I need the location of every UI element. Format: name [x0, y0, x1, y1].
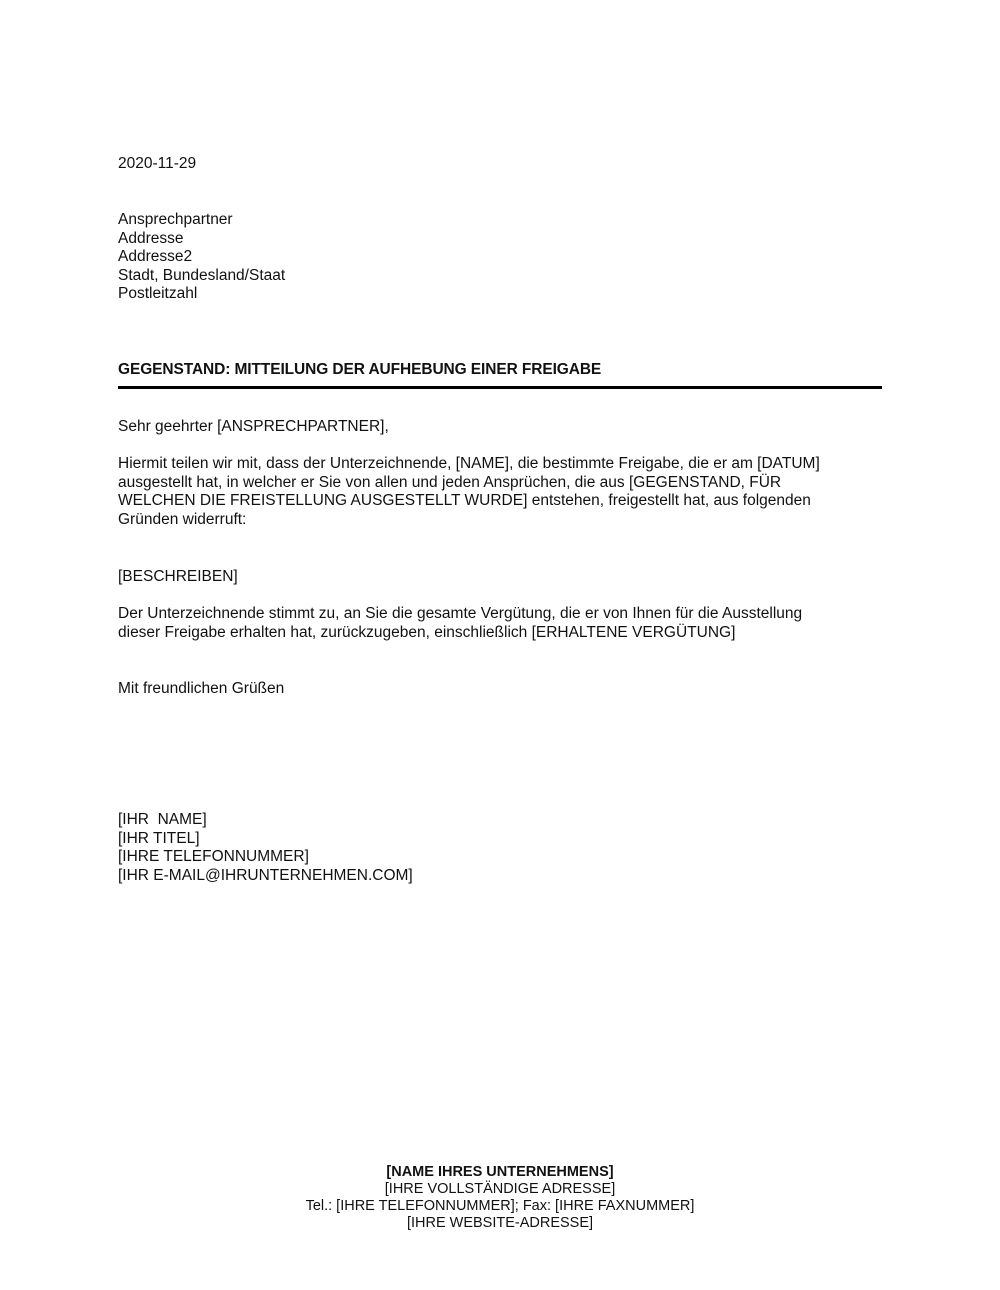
signer-title: [IHR TITEL] [118, 830, 413, 849]
recipient-contact: Ansprechpartner [118, 211, 285, 230]
letter-date: 2020-11-29 [118, 155, 196, 174]
recipient-city-state: Stadt, Bundesland/Staat [118, 267, 285, 286]
subject-divider [118, 386, 882, 389]
paragraph-line: Gründen widerruft: [118, 511, 820, 530]
signer-name: [IHR NAME] [118, 811, 413, 830]
document-page: 2020-11-29 Ansprechpartner Addresse Addr… [0, 0, 1000, 1290]
recipient-address-line1: Addresse [118, 230, 285, 249]
signature-block: [IHR NAME] [IHR TITEL] [IHRE TELEFONNUMM… [118, 811, 413, 885]
describe-placeholder: [BESCHREIBEN] [118, 568, 238, 587]
footer-phone-fax: Tel.: [IHRE TELEFONNUMMER]; Fax: [IHRE F… [0, 1198, 1000, 1215]
paragraph-line: Der Unterzeichnende stimmt zu, an Sie di… [118, 605, 802, 624]
signer-phone: [IHRE TELEFONNUMMER] [118, 848, 413, 867]
closing: Mit freundlichen Grüßen [118, 680, 284, 699]
salutation: Sehr geehrter [ANSPRECHPARTNER], [118, 418, 389, 437]
signer-email: [IHR E-MAIL@IHRUNTERNEHMEN.COM] [118, 867, 413, 886]
paragraph-line: WELCHEN DIE FREISTELLUNG AUSGESTELLT WUR… [118, 492, 820, 511]
body-paragraph-refund: Der Unterzeichnende stimmt zu, an Sie di… [118, 605, 802, 642]
recipient-address-line2: Addresse2 [118, 248, 285, 267]
recipient-postal-code: Postleitzahl [118, 285, 285, 304]
paragraph-line: ausgestellt hat, in welcher er Sie von a… [118, 474, 820, 493]
footer: [NAME IHRES UNTERNEHMENS] [IHRE VOLLSTÄN… [0, 1164, 1000, 1232]
footer-company-name: [NAME IHRES UNTERNEHMENS] [0, 1164, 1000, 1181]
paragraph-line: dieser Freigabe erhalten hat, zurückzuge… [118, 624, 802, 643]
subject-line: GEGENSTAND: MITTEILUNG DER AUFHEBUNG EIN… [118, 361, 601, 380]
paragraph-line: Hiermit teilen wir mit, dass der Unterze… [118, 455, 820, 474]
footer-website: [IHRE WEBSITE-ADRESSE] [0, 1215, 1000, 1232]
footer-address: [IHRE VOLLSTÄNDIGE ADRESSE] [0, 1181, 1000, 1198]
body-paragraph-revocation: Hiermit teilen wir mit, dass der Unterze… [118, 455, 820, 529]
recipient-address: Ansprechpartner Addresse Addresse2 Stadt… [118, 211, 285, 304]
